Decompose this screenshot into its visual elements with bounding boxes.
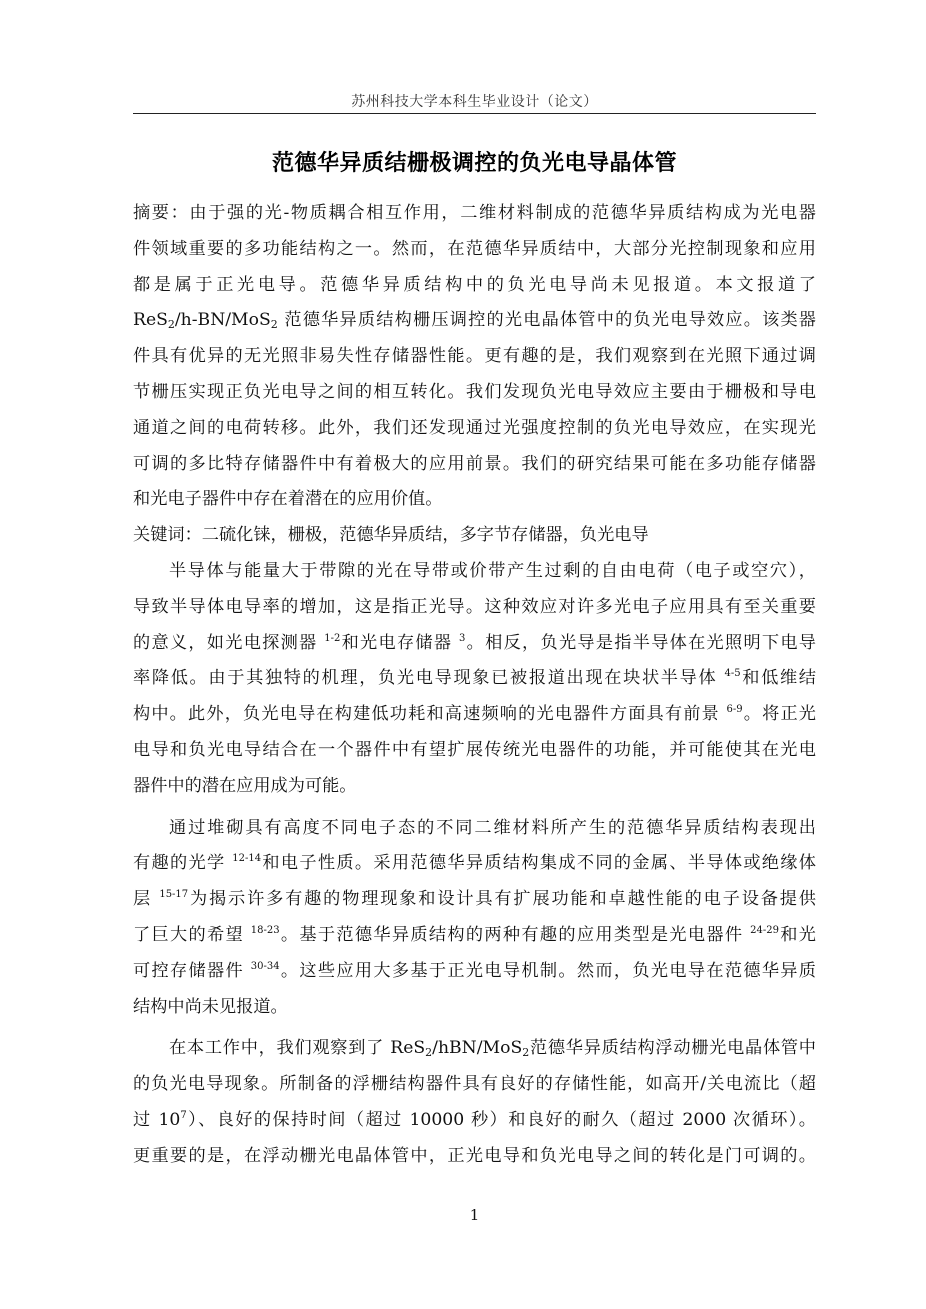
text-run: 为揭示许多有趣的物理现象和设计具有扩展功能和卓越性能的电子设备提供 [188,889,816,909]
text-run: ReS [133,310,168,330]
citation: 30-34 [251,961,280,972]
text-run: 有趣的光学 [133,853,232,873]
citation: 6-9 [727,704,743,715]
document-page: 苏州科技大学本科生毕业设计（论文） 范德华异质结栅极调控的负光电导晶体管 摘要：… [0,0,926,1309]
citation: 12-14 [232,853,261,864]
body-line: 电导和负光电导结合在一个器件中有望扩展传统光电器件的功能，并可能使其在光电 [133,733,816,769]
text-run: 在本工作中，我们观察到了 ReS [169,1038,425,1058]
body-line: 有趣的光学 12-14和电子性质。采用范德华异质结构集成不同的金属、半导体或绝缘… [133,846,816,882]
text-run: 。这些应用大多基于正光电导机制。然而，负光电导在范德华异质 [280,961,816,981]
abstract-line: 件领域重要的多功能结构之一。然而，在范德华异质结中，大部分光控制现象和应用 [133,232,816,268]
citation: 18-23 [251,925,280,936]
body-line: 可控存储器件 30-34。这些应用大多基于正光电导机制。然而，负光电导在范德华异… [133,954,816,990]
text-run: 和光 [779,925,816,945]
citation: 24-29 [750,925,779,936]
text-run: /h-BN/MoS [175,310,271,330]
text-run: 的意义，如光电探测器 [133,633,324,653]
text-run: 范德华异质结构浮动栅光电晶体管中 [529,1038,816,1058]
text-run: 层 [133,889,159,909]
paper-body: 摘要：由于强的光-物质耦合相互作用，二维材料制成的范德华异质结构成为光电器 件领… [133,196,816,1175]
abstract-line: 件具有优异的无光照非易失性存储器性能。更有趣的是，我们观察到在光照下通过调 [133,339,816,375]
body-line: 在本工作中，我们观察到了 ReS2/hBN/MoS2范德华异质结构浮动栅光电晶体… [133,1031,816,1067]
body-line: 了巨大的希望 18-23。基于范德华异质结构的两种有趣的应用类型是光电器件 24… [133,918,816,954]
body-line: 结构中尚未见报道。 [133,990,816,1026]
abstract-line: 通道之间的电荷转移。此外，我们还发现通过光强度控制的负光电导效应，在实现光 [133,411,816,447]
text-run: 和电子性质。采用范德华异质结构集成不同的金属、半导体或绝缘体 [261,853,816,873]
text-run: 率降低。由于其独特的机理，负光电导现象已被报道出现在块状半导体 [133,668,724,688]
text-run: 。基于范德华异质结构的两种有趣的应用类型是光电器件 [280,925,751,945]
abstract-line: 和光电子器件中存在着潜在的应用价值。 [133,482,816,518]
abstract-line: 可调的多比特存储器件中有着极大的应用前景。我们的研究结果可能在多功能存储器 [133,447,816,483]
body-line: 更重要的是，在浮动栅光电晶体管中，正光电导和负光电导之间的转化是门可调的。 [133,1139,816,1175]
text-run: 了巨大的希望 [133,925,251,945]
abstract: 摘要：由于强的光-物质耦合相互作用，二维材料制成的范德华异质结构成为光电器 件领… [133,196,816,518]
abstract-line: ReS2/h-BN/MoS2 范德华异质结构栅压调控的光电晶体管中的负光电导效应… [133,303,816,339]
text-run: 和光电存储器 [340,633,459,653]
keywords: 关键词：二硫化铼，栅极，范德华异质结，多字节存储器，负光电导 [133,518,816,554]
body-line: 的意义，如光电探测器 1-2和光电存储器 3。相反，负光导是指半导体在光照明下电… [133,626,816,662]
paragraph-this-work: 在本工作中，我们观察到了 ReS2/hBN/MoS2范德华异质结构浮动栅光电晶体… [133,1031,816,1174]
text-run: 和低维结 [741,668,816,688]
body-line: 的负光电导现象。所制备的浮栅结构器件具有良好的存储性能，如高开/关电流比（超 [133,1067,816,1103]
body-line: 率降低。由于其独特的机理，负光电导现象已被报道出现在块状半导体 4-5和低维结 [133,661,816,697]
text-run: 过 10 [133,1110,180,1130]
citation: 15-17 [159,889,188,900]
text-run: /hBN/MoS [432,1038,522,1058]
abstract-line: 节栅压实现正负光电导之间的相互转化。我们发现负光电导效应主要由于栅极和导电 [133,375,816,411]
text-run: 范德华异质结构栅压调控的光电晶体管中的负光电导效应。该类器 [278,310,816,330]
body-line: 过 107）、良好的保持时间（超过 10000 秒）和良好的耐久（超过 2000… [133,1103,816,1139]
body-line: 导致半导体电导率的增加，这是指正光导。这种效应对许多光电子应用具有至关重要 [133,590,816,626]
text-run: ）、良好的保持时间（超过 10000 秒）和良好的耐久（超过 2000 次循环）… [187,1110,816,1130]
header-divider [133,113,816,114]
paragraph-intro: 半导体与能量大于带隙的光在导带或价带产生过剩的自由电荷（电子或空穴）， 导致半导… [133,554,816,805]
running-header: 苏州科技大学本科生毕业设计（论文） [133,91,816,111]
body-line: 构中。此外，负光电导在构建低功耗和高速频响的光电器件方面具有前景 6-9。将正光 [133,697,816,733]
abstract-line: 摘要：由于强的光-物质耦合相互作用，二维材料制成的范德华异质结构成为光电器 [133,196,816,232]
text-run: 构中。此外，负光电导在构建低功耗和高速频响的光电器件方面具有前景 [133,704,727,724]
body-line: 半导体与能量大于带隙的光在导带或价带产生过剩的自由电荷（电子或空穴）， [133,554,816,590]
body-line: 通过堆砌具有高度不同电子态的不同二维材料所产生的范德华异质结构表现出 [133,811,816,847]
citation: 1-2 [324,633,340,644]
text-run: 可控存储器件 [133,961,251,981]
text-run: 。相反，负光导是指半导体在光照明下电导 [465,633,816,653]
citation: 4-5 [724,668,740,679]
paper-title: 范德华异质结栅极调控的负光电导晶体管 [133,146,816,177]
subscript: 2 [168,318,175,331]
subscript: 2 [271,318,278,331]
abstract-line: 都是属于正光电导。范德华异质结构中的负光电导尚未见报道。本文报道了 [133,268,816,304]
body-line: 层 15-17为揭示许多有趣的物理现象和设计具有扩展功能和卓越性能的电子设备提供 [133,882,816,918]
paragraph-background: 通过堆砌具有高度不同电子态的不同二维材料所产生的范德华异质结构表现出 有趣的光学… [133,811,816,1026]
text-run: 。将正光 [743,704,816,724]
body-line: 器件中的潜在应用成为可能。 [133,769,816,805]
page-number: 1 [133,1206,816,1224]
